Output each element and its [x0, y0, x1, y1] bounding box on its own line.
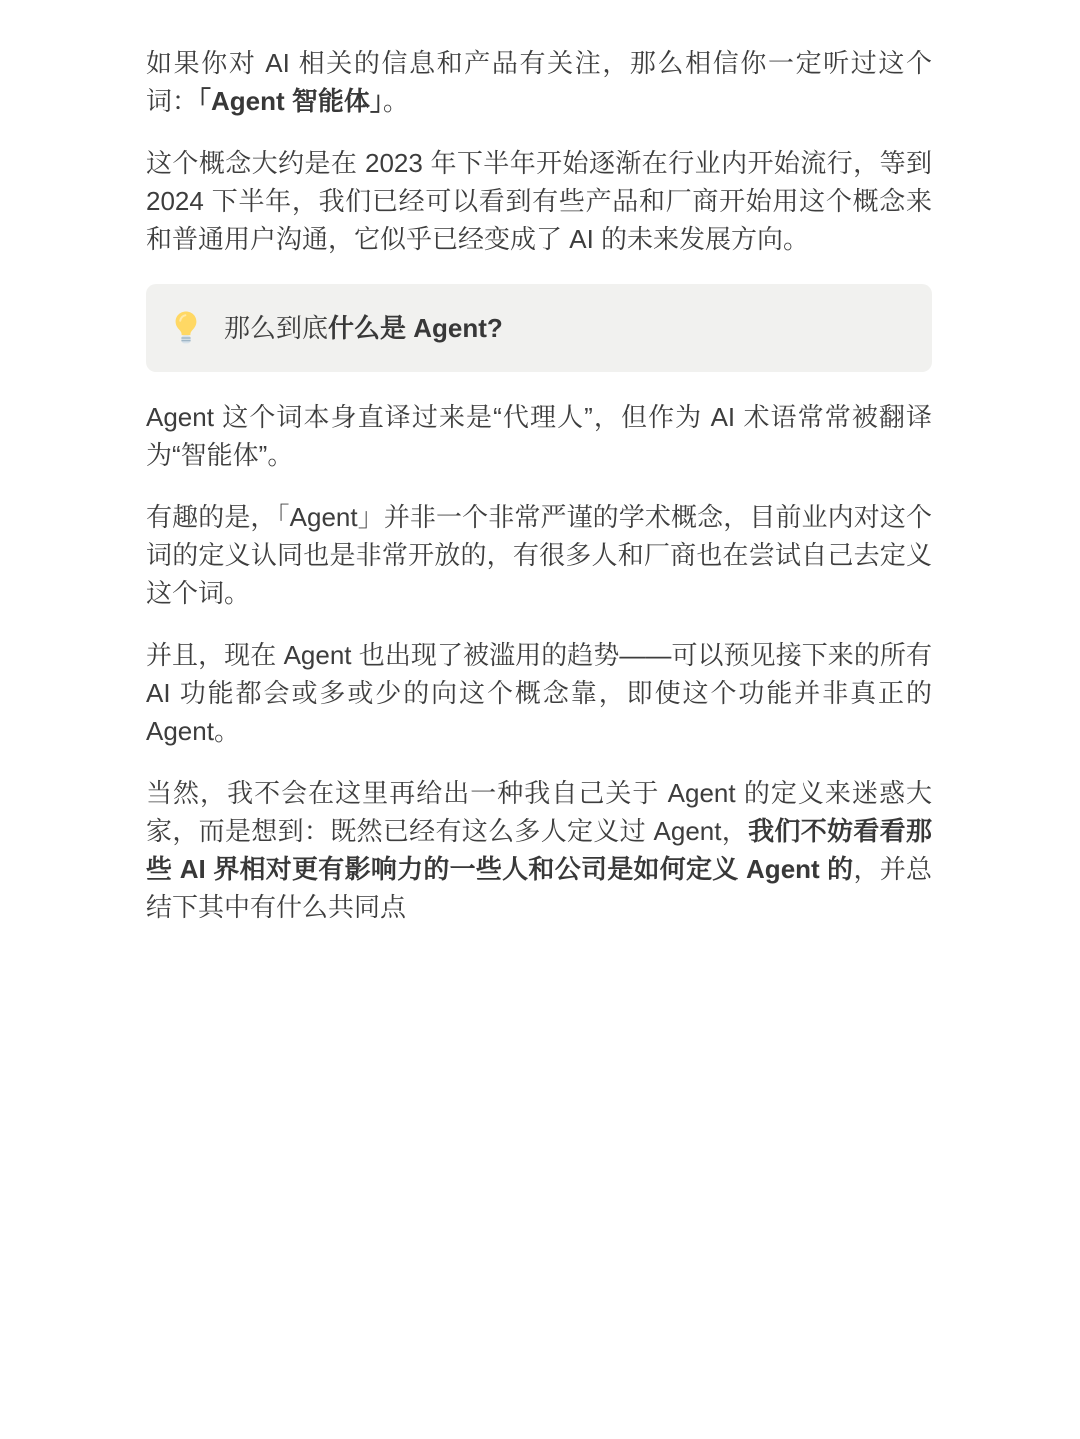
callout-question-lead: 那么到底	[224, 313, 328, 343]
paragraph-intro-end: 。	[383, 86, 409, 116]
agent-term-highlight: 「Agent 智能体」	[198, 86, 383, 116]
callout-box: 那么到底什么是 Agent?	[146, 284, 932, 372]
paragraph-translation: Agent 这个词本身直译过来是“代理人”，但作为 AI 术语常常被翻译为“智能…	[146, 398, 932, 474]
article-page: 如果你对 AI 相关的信息和产品有关注，那么相信你一定听过这个词：「Agent …	[0, 0, 1080, 1439]
paragraph-trend: 这个概念大约是在 2023 年下半年开始逐渐在行业内开始流行，等到 2024 下…	[146, 144, 932, 258]
paragraph-abuse: 并且，现在 Agent 也出现了被滥用的趋势——可以预见接下来的所有 AI 功能…	[146, 636, 932, 750]
lightbulb-icon	[174, 310, 198, 346]
paragraph-definition-open: 有趣的是，「Agent」并非一个非常严谨的学术概念，目前业内对这个词的定义认同也…	[146, 498, 932, 612]
paragraph-intro: 如果你对 AI 相关的信息和产品有关注，那么相信你一定听过这个词：「Agent …	[146, 44, 932, 120]
callout-question-emphasis: 什么是 Agent?	[328, 313, 503, 343]
article-content: 如果你对 AI 相关的信息和产品有关注，那么相信你一定听过这个词：「Agent …	[146, 0, 932, 926]
callout-question: 那么到底什么是 Agent?	[224, 309, 904, 347]
paragraph-conclusion: 当然，我不会在这里再给出一种我自己关于 Agent 的定义来迷惑大家，而是想到：…	[146, 774, 932, 926]
